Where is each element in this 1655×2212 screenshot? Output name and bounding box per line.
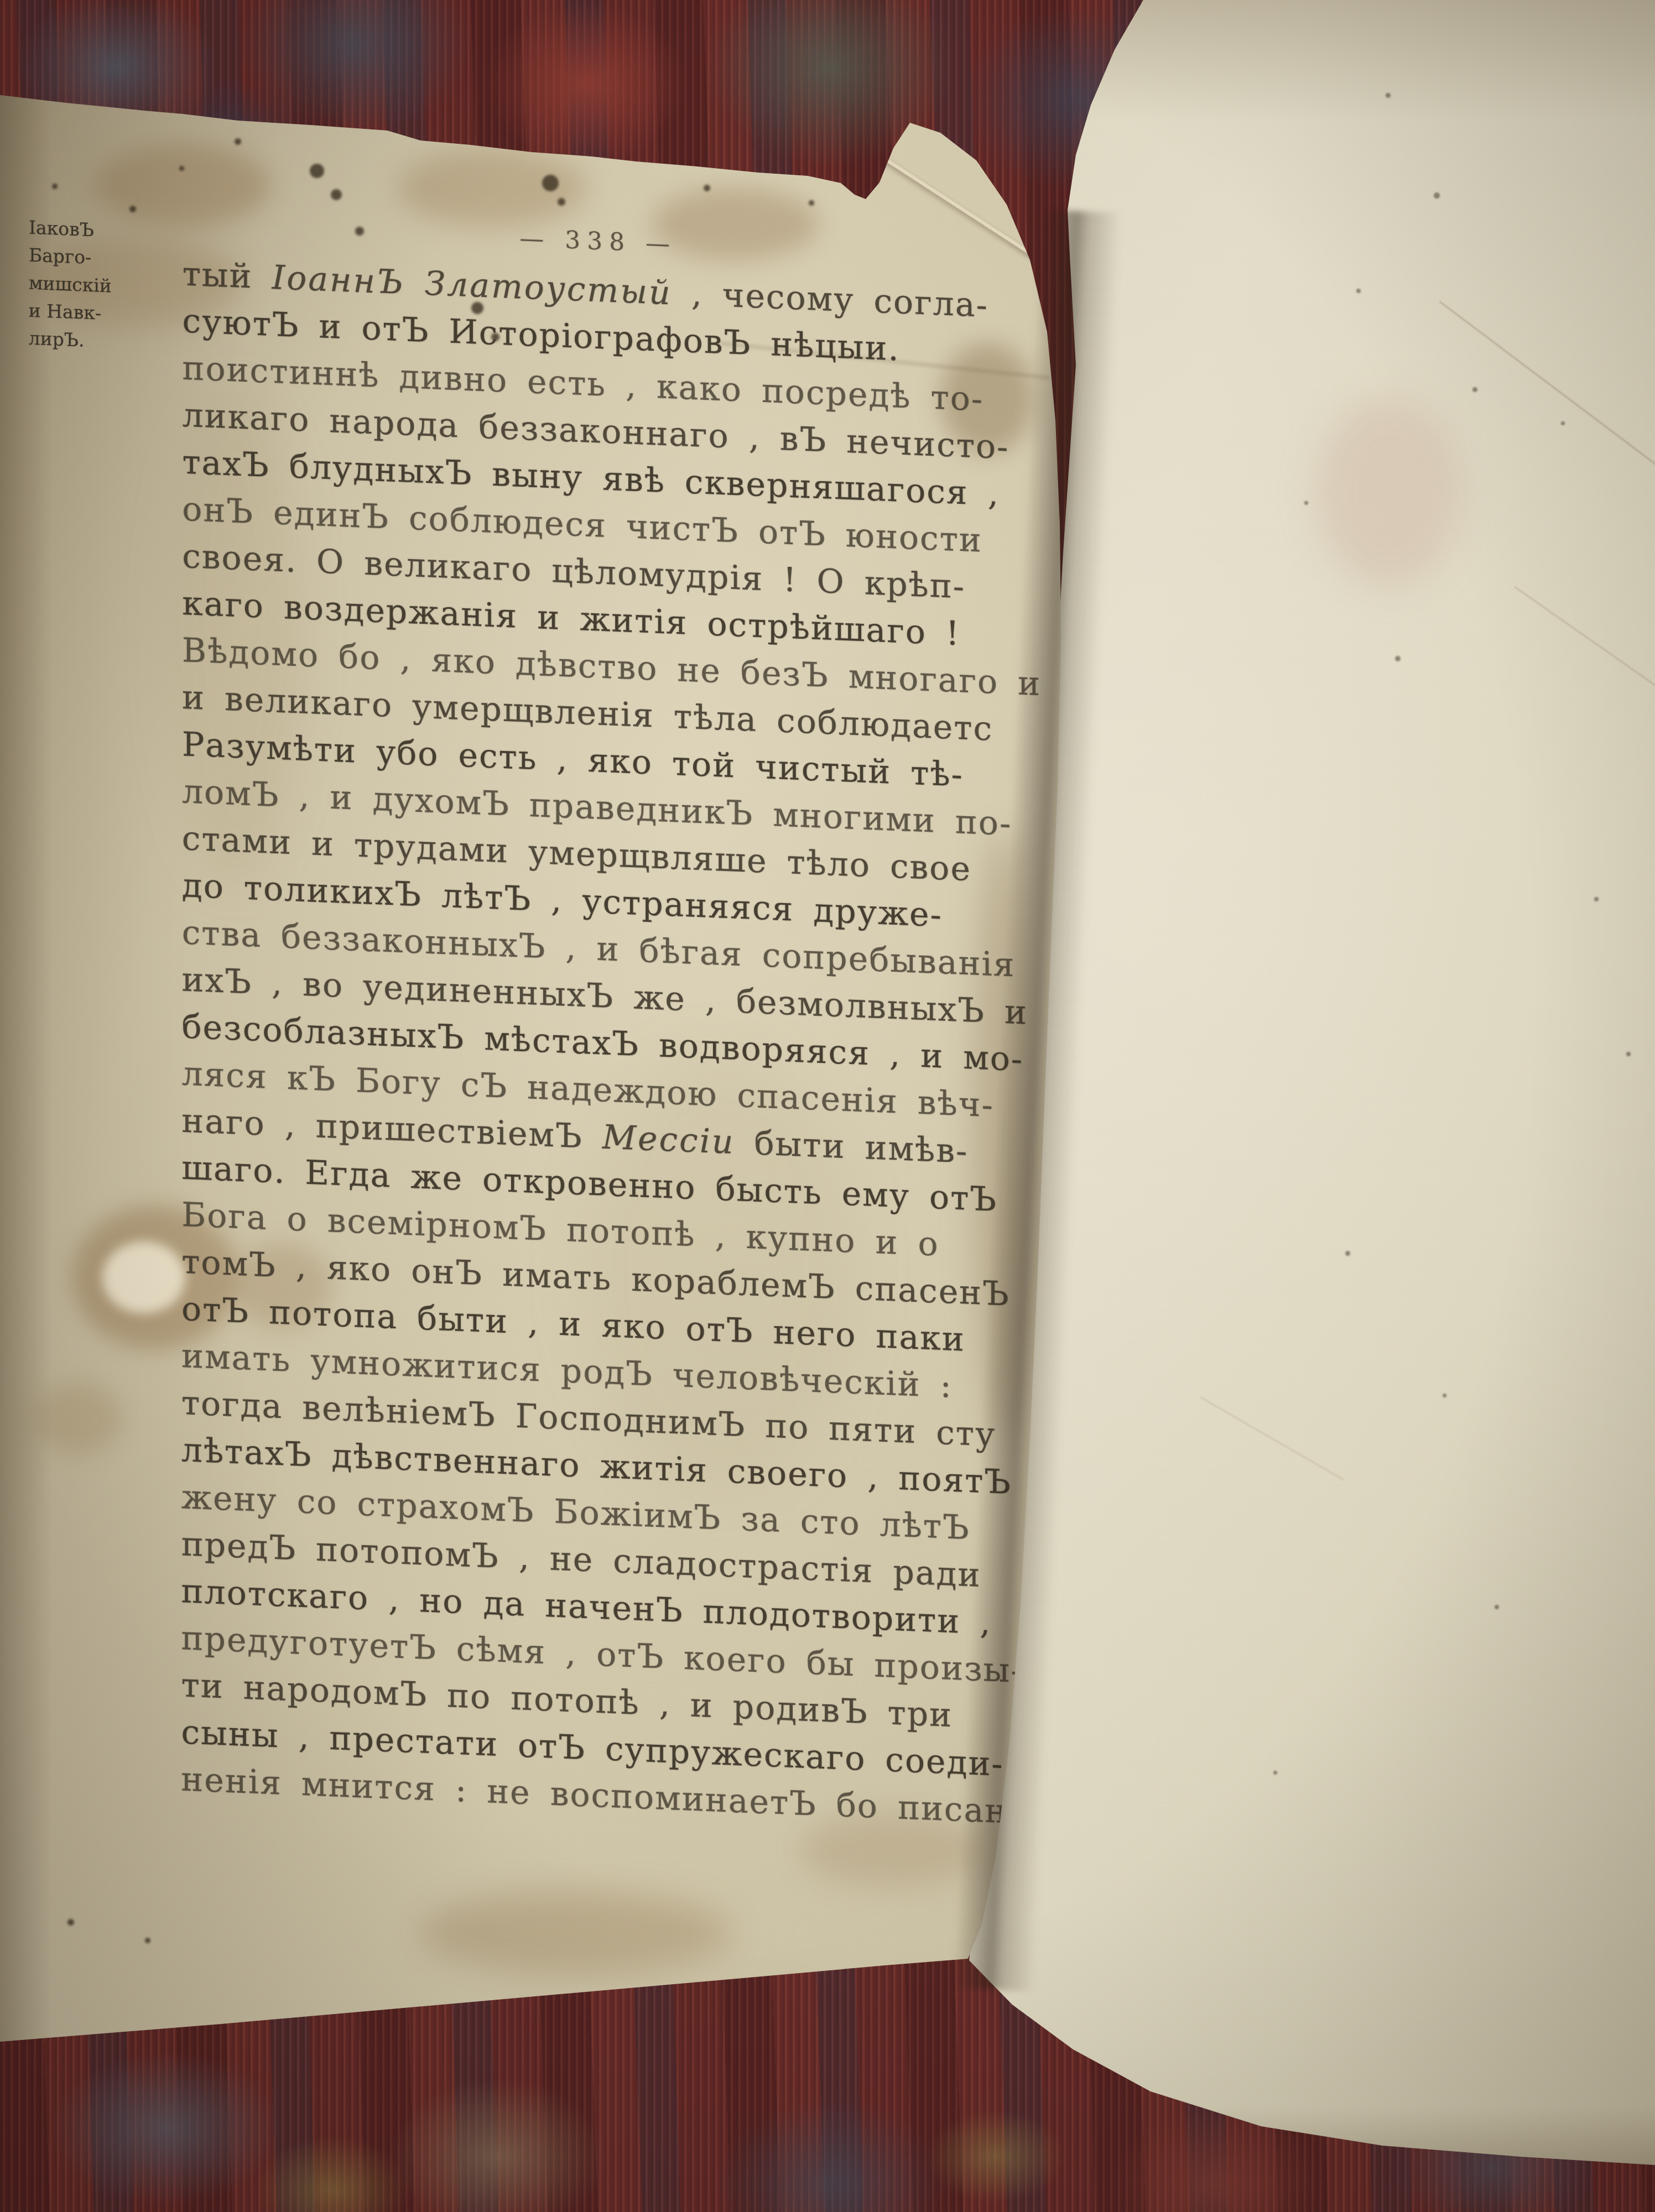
paper-speck: [1561, 421, 1565, 425]
ink-spot: [331, 189, 342, 200]
paper-speck: [1273, 1771, 1277, 1775]
page-number: — 338 —: [519, 224, 676, 258]
margin-note: ІаковЪБарго-мишскійи Навк-лирЪ.: [29, 214, 195, 359]
ink-spot: [145, 1938, 150, 1943]
paper-scratch: [1514, 586, 1655, 721]
paper-smudge: [1316, 398, 1460, 586]
ink-spot: [235, 138, 241, 145]
paper-speck: [1304, 501, 1308, 505]
ink-spot: [67, 1919, 74, 1926]
ink-spot: [704, 185, 710, 191]
ink-spot: [809, 200, 814, 206]
ink-spot: [542, 175, 559, 191]
ink-spot: [310, 164, 324, 178]
printed-content: — 338 — ІаковЪБарго-мишскійи Навк-лирЪ. …: [48, 204, 1078, 1932]
ink-spot: [52, 184, 58, 189]
paper-speck: [1386, 93, 1391, 98]
paper-scratch: [1200, 1396, 1344, 1481]
paper-speck: [1434, 192, 1440, 199]
text-segment: тый: [183, 254, 272, 296]
paper-speck: [1395, 656, 1401, 661]
ink-spot: [558, 198, 565, 206]
paper-speck: [1626, 1052, 1631, 1056]
book-photo: — 338 — ІаковЪБарго-мишскійи Навк-лирЪ. …: [0, 0, 1655, 2212]
paper-scratch: [1439, 301, 1655, 475]
paper-speck: [1356, 289, 1361, 293]
paper-speck: [1495, 1605, 1499, 1609]
text-segment: , чесому согла-: [672, 274, 988, 325]
ink-spot: [179, 166, 184, 171]
margin-note-line: лирЪ.: [29, 325, 195, 359]
paper-speck: [1345, 1251, 1350, 1256]
italic-text-segment: Мессіи: [602, 1118, 735, 1161]
text-segment: быти имѣв-: [735, 1123, 968, 1171]
paper-speck: [1594, 897, 1599, 901]
paper-speck: [1443, 1394, 1446, 1397]
stain: [398, 149, 586, 227]
paper-speck: [1472, 387, 1477, 392]
body-text: тый ІоаннЪ Златоустый , чесому согла-сую…: [181, 251, 1066, 1838]
